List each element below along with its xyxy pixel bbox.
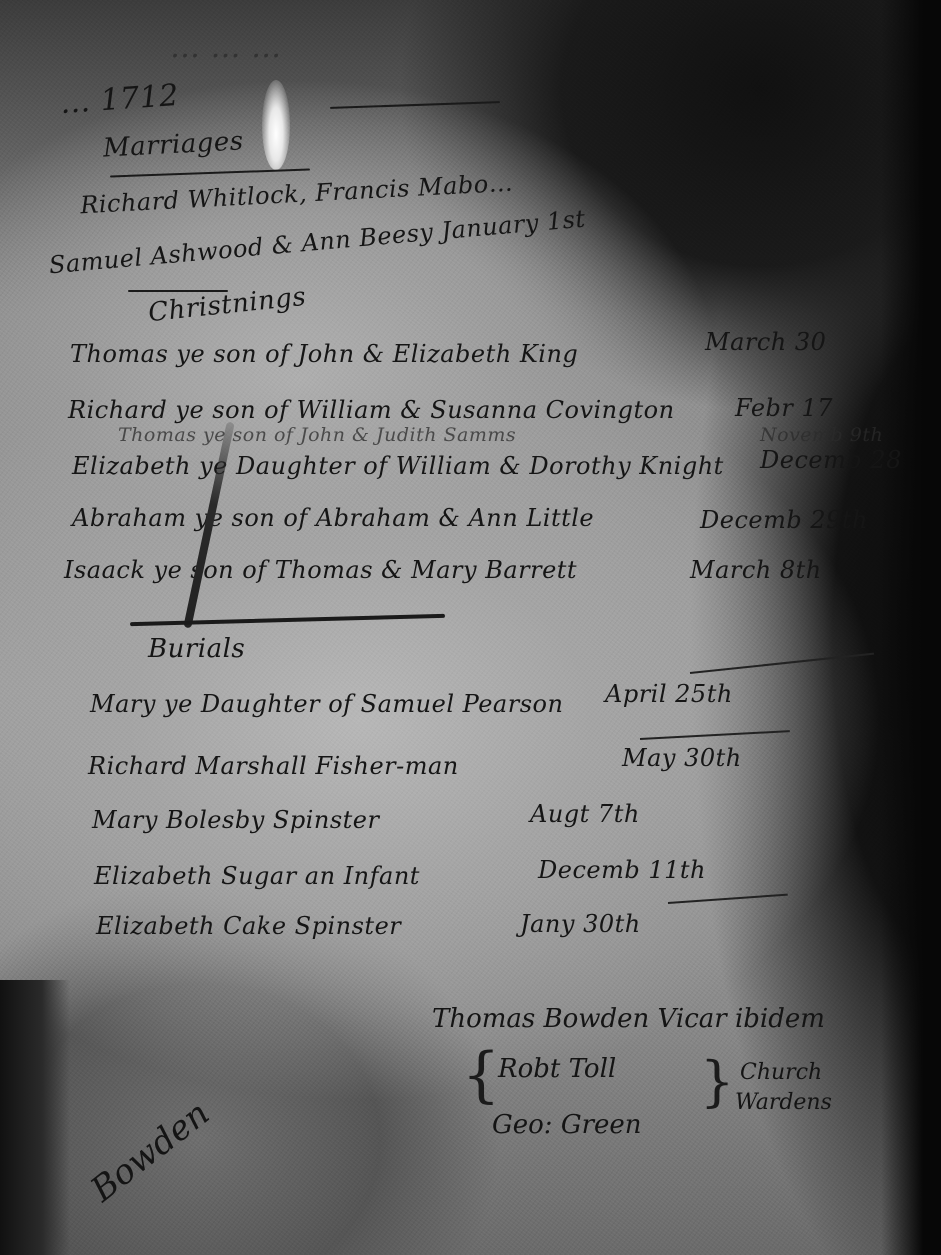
date-flourish-line [668,894,788,904]
wardens-label-wardens: Wardens [735,1090,832,1115]
marriages-rule [110,169,310,178]
christening-name: Isaack ye son of Thomas & Mary Barrett [64,556,577,584]
year-underline [330,101,500,109]
signature-brace: { [462,1040,500,1110]
christening-name: Richard ye son of William & Susanna Covi… [68,396,675,424]
wardens-brace: } [700,1050,734,1113]
section-divider-rule [130,614,445,626]
top-scribble: … … … [170,30,282,65]
christening-date: March 8th [690,556,822,584]
burial-date: April 25th [605,680,733,708]
register-page: … … … … 1712 Marriages Richard Whitlock,… [0,0,941,1255]
christening-name: Abraham ye son of Abraham & Ann Little [72,504,594,532]
burial-name: Richard Marshall Fisher-man [88,752,459,780]
marriages-heading: Marriages [102,126,244,163]
christening-date: Decemb 29th [700,506,868,534]
christening-name: Thomas ye son of John & Judith Samms [118,424,516,446]
binding-shadow-left [0,980,70,1255]
date-flourish-line [690,653,874,674]
warden-signature-1: Robt Toll [498,1054,616,1084]
burial-date: May 30th [622,744,742,772]
margin-signature: Bowden [83,1093,217,1210]
wardens-label-church: Church [740,1060,822,1085]
burial-name: Mary ye Daughter of Samuel Pearson [90,690,563,718]
christnings-rule [128,290,228,292]
christening-date: March 30 [705,328,826,356]
light-glare [262,80,290,170]
page-edge-shadow-right [881,0,941,1255]
burial-name: Mary Bolesby Spinster [92,806,379,834]
burial-date: Augt 7th [530,800,640,828]
year-line: … 1712 [59,78,180,121]
burial-name: Elizabeth Cake Spinster [96,912,401,940]
christening-name: Thomas ye son of John & Elizabeth King [70,340,578,368]
burial-name: Elizabeth Sugar an Infant [94,862,420,890]
christening-date: Decemb 28 [760,446,902,474]
christening-date: Novemb 9th [760,424,883,446]
burial-date: Jany 30th [520,910,641,938]
christening-date: Febr 17 [735,394,833,422]
burial-date: Decemb 11th [538,856,706,884]
warden-signature-2: Geo: Green [492,1110,642,1140]
burials-heading: Burials [148,634,245,664]
vicar-signature: Thomas Bowden Vicar ibidem [432,1004,825,1034]
christening-name: Elizabeth ye Daughter of William & Dorot… [72,452,724,480]
christnings-heading: Christnings [147,282,308,328]
date-flourish-line [640,730,790,740]
